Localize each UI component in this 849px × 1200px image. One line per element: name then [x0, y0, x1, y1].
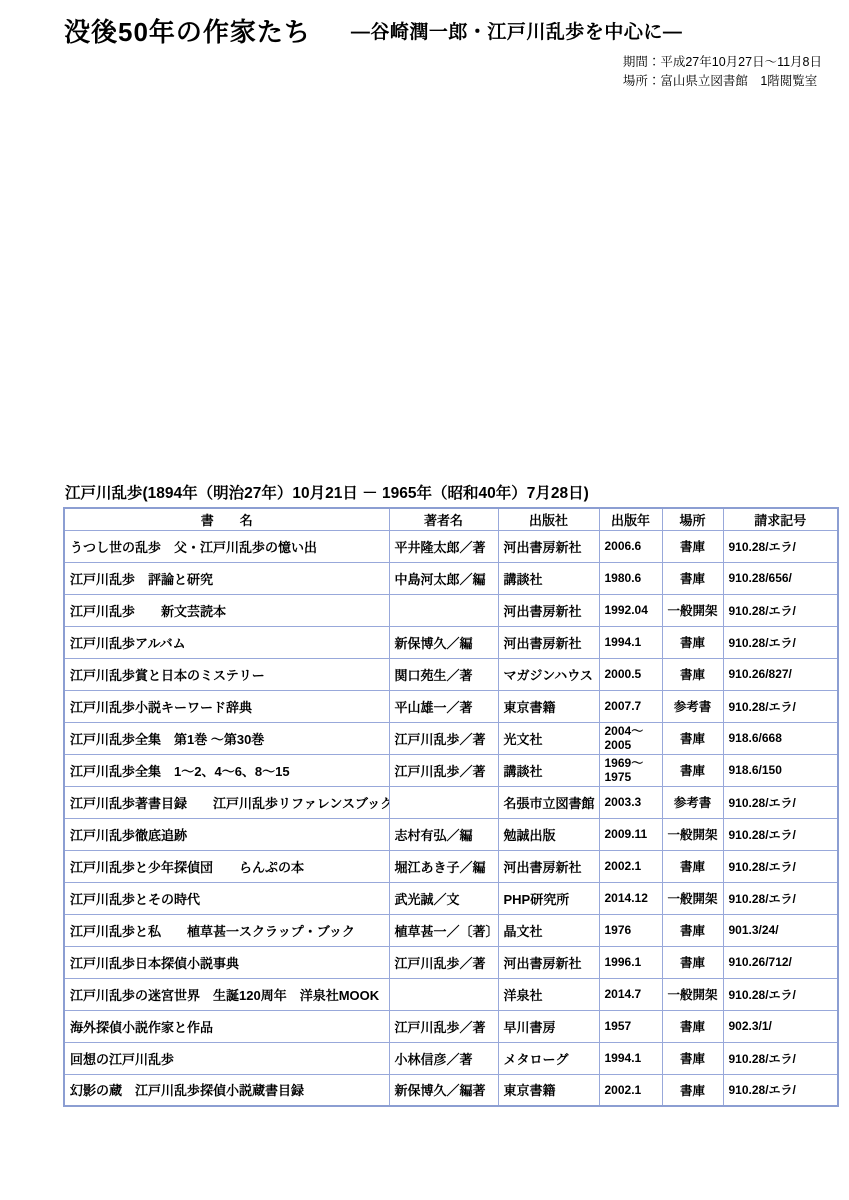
cell-call-number: 918.6/150 [723, 754, 838, 786]
cell-title: 幻影の蔵 江戸川乱歩探偵小説蔵書目録 [64, 1074, 389, 1106]
column-header-publisher: 出版社 [498, 508, 599, 530]
table-row: 江戸川乱歩アルバム新保博久／編河出書房新社1994.1書庫910.28/エラ/ [64, 626, 838, 658]
cell-title: 江戸川乱歩全集 1～2、4～6、8～15 [64, 754, 389, 786]
cell-title: 江戸川乱歩とその時代 [64, 882, 389, 914]
cell-publisher: 河出書房新社 [498, 594, 599, 626]
book-list-table: 書 名 著者名 出版社 出版年 場所 請求記号 うつし世の乱歩 父・江戸川乱歩の… [63, 507, 839, 1107]
cell-call-number: 910.28/エラ/ [723, 626, 838, 658]
cell-publisher: 河出書房新社 [498, 850, 599, 882]
table-row: 海外探偵小説作家と作品江戸川乱歩／著早川書房1957書庫902.3/1/ [64, 1010, 838, 1042]
cell-location: 一般開架 [662, 978, 723, 1010]
cell-location: 参考書 [662, 690, 723, 722]
table-row: 江戸川乱歩日本探偵小説事典江戸川乱歩／著河出書房新社1996.1書庫910.26… [64, 946, 838, 978]
cell-year: 1969～ 1975 [599, 754, 662, 786]
table-row: 江戸川乱歩賞と日本のミステリー関口苑生／著マガジンハウス2000.5書庫910.… [64, 658, 838, 690]
cell-call-number: 910.28/エラ/ [723, 850, 838, 882]
cell-year: 2006.6 [599, 530, 662, 562]
cell-publisher: 講談社 [498, 754, 599, 786]
cell-title: 江戸川乱歩徹底追跡 [64, 818, 389, 850]
cell-call-number: 910.28/656/ [723, 562, 838, 594]
table-row: 江戸川乱歩とその時代武光誠／文PHP研究所2014.12一般開架910.28/エ… [64, 882, 838, 914]
column-header-call-number: 請求記号 [723, 508, 838, 530]
cell-year: 2004～ 2005 [599, 722, 662, 754]
cell-call-number: 902.3/1/ [723, 1010, 838, 1042]
page-title: 没後50年の作家たち [64, 12, 311, 49]
cell-location: 書庫 [662, 562, 723, 594]
cell-title: 江戸川乱歩 新文芸読本 [64, 594, 389, 626]
cell-author: 中島河太郎／編 [389, 562, 498, 594]
cell-call-number: 910.28/エラ/ [723, 818, 838, 850]
cell-year: 1957 [599, 1010, 662, 1042]
cell-year: 1976 [599, 914, 662, 946]
cell-location: 書庫 [662, 1042, 723, 1074]
page-subtitle: ―谷崎潤一郎・江戸川乱歩を中心に― [351, 17, 683, 44]
cell-author: 関口苑生／著 [389, 658, 498, 690]
column-header-title: 書 名 [64, 508, 389, 530]
cell-author: 武光誠／文 [389, 882, 498, 914]
cell-location: 一般開架 [662, 882, 723, 914]
cell-call-number: 910.28/エラ/ [723, 1074, 838, 1106]
cell-year: 2002.1 [599, 850, 662, 882]
cell-call-number: 910.28/エラ/ [723, 1042, 838, 1074]
cell-call-number: 910.28/エラ/ [723, 978, 838, 1010]
cell-location: 書庫 [662, 1074, 723, 1106]
cell-author: 小林信彦／著 [389, 1042, 498, 1074]
cell-title: 江戸川乱歩全集 第1巻 ～第30巻 [64, 722, 389, 754]
cell-publisher: PHP研究所 [498, 882, 599, 914]
exhibition-info: 期間：平成27年10月27日～11月8日 場所：富山県立図書館 1階閲覧室 [623, 53, 822, 92]
cell-location: 書庫 [662, 1010, 723, 1042]
cell-location: 書庫 [662, 850, 723, 882]
table-row: 江戸川乱歩著書目録 江戸川乱歩リファレンスブック名張市立図書館2003.3参考書… [64, 786, 838, 818]
cell-location: 書庫 [662, 658, 723, 690]
table-row: 江戸川乱歩小説キーワード辞典平山雄一／著東京書籍2007.7参考書910.28/… [64, 690, 838, 722]
cell-location: 書庫 [662, 530, 723, 562]
cell-author [389, 786, 498, 818]
table-row: 江戸川乱歩と少年探偵団 らんぷの本堀江あき子／編河出書房新社2002.1書庫91… [64, 850, 838, 882]
cell-title: 江戸川乱歩日本探偵小説事典 [64, 946, 389, 978]
table-row: 江戸川乱歩 評論と研究中島河太郎／編講談社1980.6書庫910.28/656/ [64, 562, 838, 594]
cell-call-number: 910.28/エラ/ [723, 594, 838, 626]
cell-author: 堀江あき子／編 [389, 850, 498, 882]
cell-title: 江戸川乱歩賞と日本のミステリー [64, 658, 389, 690]
cell-publisher: 名張市立図書館 [498, 786, 599, 818]
document-page: 没後50年の作家たち ―谷崎潤一郎・江戸川乱歩を中心に― 期間：平成27年10月… [0, 0, 849, 1200]
cell-title: 江戸川乱歩と私 植草甚一スクラップ・ブック [64, 914, 389, 946]
cell-location: 書庫 [662, 914, 723, 946]
cell-call-number: 910.26/712/ [723, 946, 838, 978]
cell-author: 平山雄一／著 [389, 690, 498, 722]
cell-call-number: 910.26/827/ [723, 658, 838, 690]
cell-location: 書庫 [662, 722, 723, 754]
cell-location: 一般開架 [662, 594, 723, 626]
cell-author: 平井隆太郎／著 [389, 530, 498, 562]
cell-year: 1980.6 [599, 562, 662, 594]
cell-publisher: 東京書籍 [498, 1074, 599, 1106]
cell-title: 江戸川乱歩 評論と研究 [64, 562, 389, 594]
cell-publisher: メタローグ [498, 1042, 599, 1074]
table-header-row: 書 名 著者名 出版社 出版年 場所 請求記号 [64, 508, 838, 530]
cell-author: 江戸川乱歩／著 [389, 1010, 498, 1042]
cell-author: 江戸川乱歩／著 [389, 946, 498, 978]
cell-publisher: 講談社 [498, 562, 599, 594]
table-row: うつし世の乱歩 父・江戸川乱歩の憶い出平井隆太郎／著河出書房新社2006.6書庫… [64, 530, 838, 562]
cell-call-number: 901.3/24/ [723, 914, 838, 946]
column-header-year: 出版年 [599, 508, 662, 530]
exhibition-place: 場所：富山県立図書館 1階閲覧室 [623, 72, 822, 91]
cell-title: うつし世の乱歩 父・江戸川乱歩の憶い出 [64, 530, 389, 562]
cell-publisher: 河出書房新社 [498, 626, 599, 658]
cell-year: 1994.1 [599, 1042, 662, 1074]
cell-title: 回想の江戸川乱歩 [64, 1042, 389, 1074]
cell-publisher: マガジンハウス [498, 658, 599, 690]
column-header-author: 著者名 [389, 508, 498, 530]
cell-publisher: 河出書房新社 [498, 946, 599, 978]
document-header: 没後50年の作家たち ―谷崎潤一郎・江戸川乱歩を中心に― [64, 12, 682, 49]
cell-publisher: 勉誠出版 [498, 818, 599, 850]
cell-publisher: 東京書籍 [498, 690, 599, 722]
table-row: 江戸川乱歩全集 第1巻 ～第30巻江戸川乱歩／著光文社2004～ 2005書庫9… [64, 722, 838, 754]
cell-year: 1992.04 [599, 594, 662, 626]
section-heading-edogawa-ranpo: 江戸川乱歩(1894年（明治27年）10月21日 － 1965年（昭和40年）7… [65, 481, 589, 503]
cell-author: 江戸川乱歩／著 [389, 754, 498, 786]
cell-title: 江戸川乱歩小説キーワード辞典 [64, 690, 389, 722]
cell-year: 2003.3 [599, 786, 662, 818]
exhibition-period: 期間：平成27年10月27日～11月8日 [623, 53, 822, 72]
cell-location: 一般開架 [662, 818, 723, 850]
cell-author: 新保博久／編著 [389, 1074, 498, 1106]
cell-location: 書庫 [662, 754, 723, 786]
cell-publisher: 洋泉社 [498, 978, 599, 1010]
cell-title: 江戸川乱歩と少年探偵団 らんぷの本 [64, 850, 389, 882]
column-header-location: 場所 [662, 508, 723, 530]
cell-title: 江戸川乱歩著書目録 江戸川乱歩リファレンスブック [64, 786, 389, 818]
cell-title: 江戸川乱歩の迷宮世界 生誕120周年 洋泉社MOOK [64, 978, 389, 1010]
cell-year: 2007.7 [599, 690, 662, 722]
cell-call-number: 918.6/668 [723, 722, 838, 754]
cell-year: 2014.12 [599, 882, 662, 914]
cell-call-number: 910.28/エラ/ [723, 530, 838, 562]
cell-year: 2014.7 [599, 978, 662, 1010]
table-row: 回想の江戸川乱歩小林信彦／著メタローグ1994.1書庫910.28/エラ/ [64, 1042, 838, 1074]
cell-author: 新保博久／編 [389, 626, 498, 658]
cell-author [389, 978, 498, 1010]
table-row: 幻影の蔵 江戸川乱歩探偵小説蔵書目録新保博久／編著東京書籍2002.1書庫910… [64, 1074, 838, 1106]
table-row: 江戸川乱歩 新文芸読本河出書房新社1992.04一般開架910.28/エラ/ [64, 594, 838, 626]
cell-publisher: 光文社 [498, 722, 599, 754]
cell-year: 2009.11 [599, 818, 662, 850]
table-row: 江戸川乱歩全集 1～2、4～6、8～15江戸川乱歩／著講談社1969～ 1975… [64, 754, 838, 786]
cell-author [389, 594, 498, 626]
cell-year: 1996.1 [599, 946, 662, 978]
table-row: 江戸川乱歩の迷宮世界 生誕120周年 洋泉社MOOK洋泉社2014.7一般開架9… [64, 978, 838, 1010]
cell-year: 1994.1 [599, 626, 662, 658]
cell-publisher: 早川書房 [498, 1010, 599, 1042]
book-table-body: うつし世の乱歩 父・江戸川乱歩の憶い出平井隆太郎／著河出書房新社2006.6書庫… [64, 530, 838, 1106]
cell-author: 志村有弘／編 [389, 818, 498, 850]
cell-location: 参考書 [662, 786, 723, 818]
cell-publisher: 河出書房新社 [498, 530, 599, 562]
cell-title: 海外探偵小説作家と作品 [64, 1010, 389, 1042]
cell-year: 2000.5 [599, 658, 662, 690]
cell-call-number: 910.28/エラ/ [723, 690, 838, 722]
cell-location: 書庫 [662, 946, 723, 978]
cell-call-number: 910.28/エラ/ [723, 786, 838, 818]
table-row: 江戸川乱歩徹底追跡志村有弘／編勉誠出版2009.11一般開架910.28/エラ/ [64, 818, 838, 850]
cell-author: 植草甚一／〔著〕 [389, 914, 498, 946]
cell-call-number: 910.28/エラ/ [723, 882, 838, 914]
cell-year: 2002.1 [599, 1074, 662, 1106]
cell-title: 江戸川乱歩アルバム [64, 626, 389, 658]
cell-location: 書庫 [662, 626, 723, 658]
cell-author: 江戸川乱歩／著 [389, 722, 498, 754]
table-row: 江戸川乱歩と私 植草甚一スクラップ・ブック植草甚一／〔著〕晶文社1976書庫90… [64, 914, 838, 946]
cell-publisher: 晶文社 [498, 914, 599, 946]
